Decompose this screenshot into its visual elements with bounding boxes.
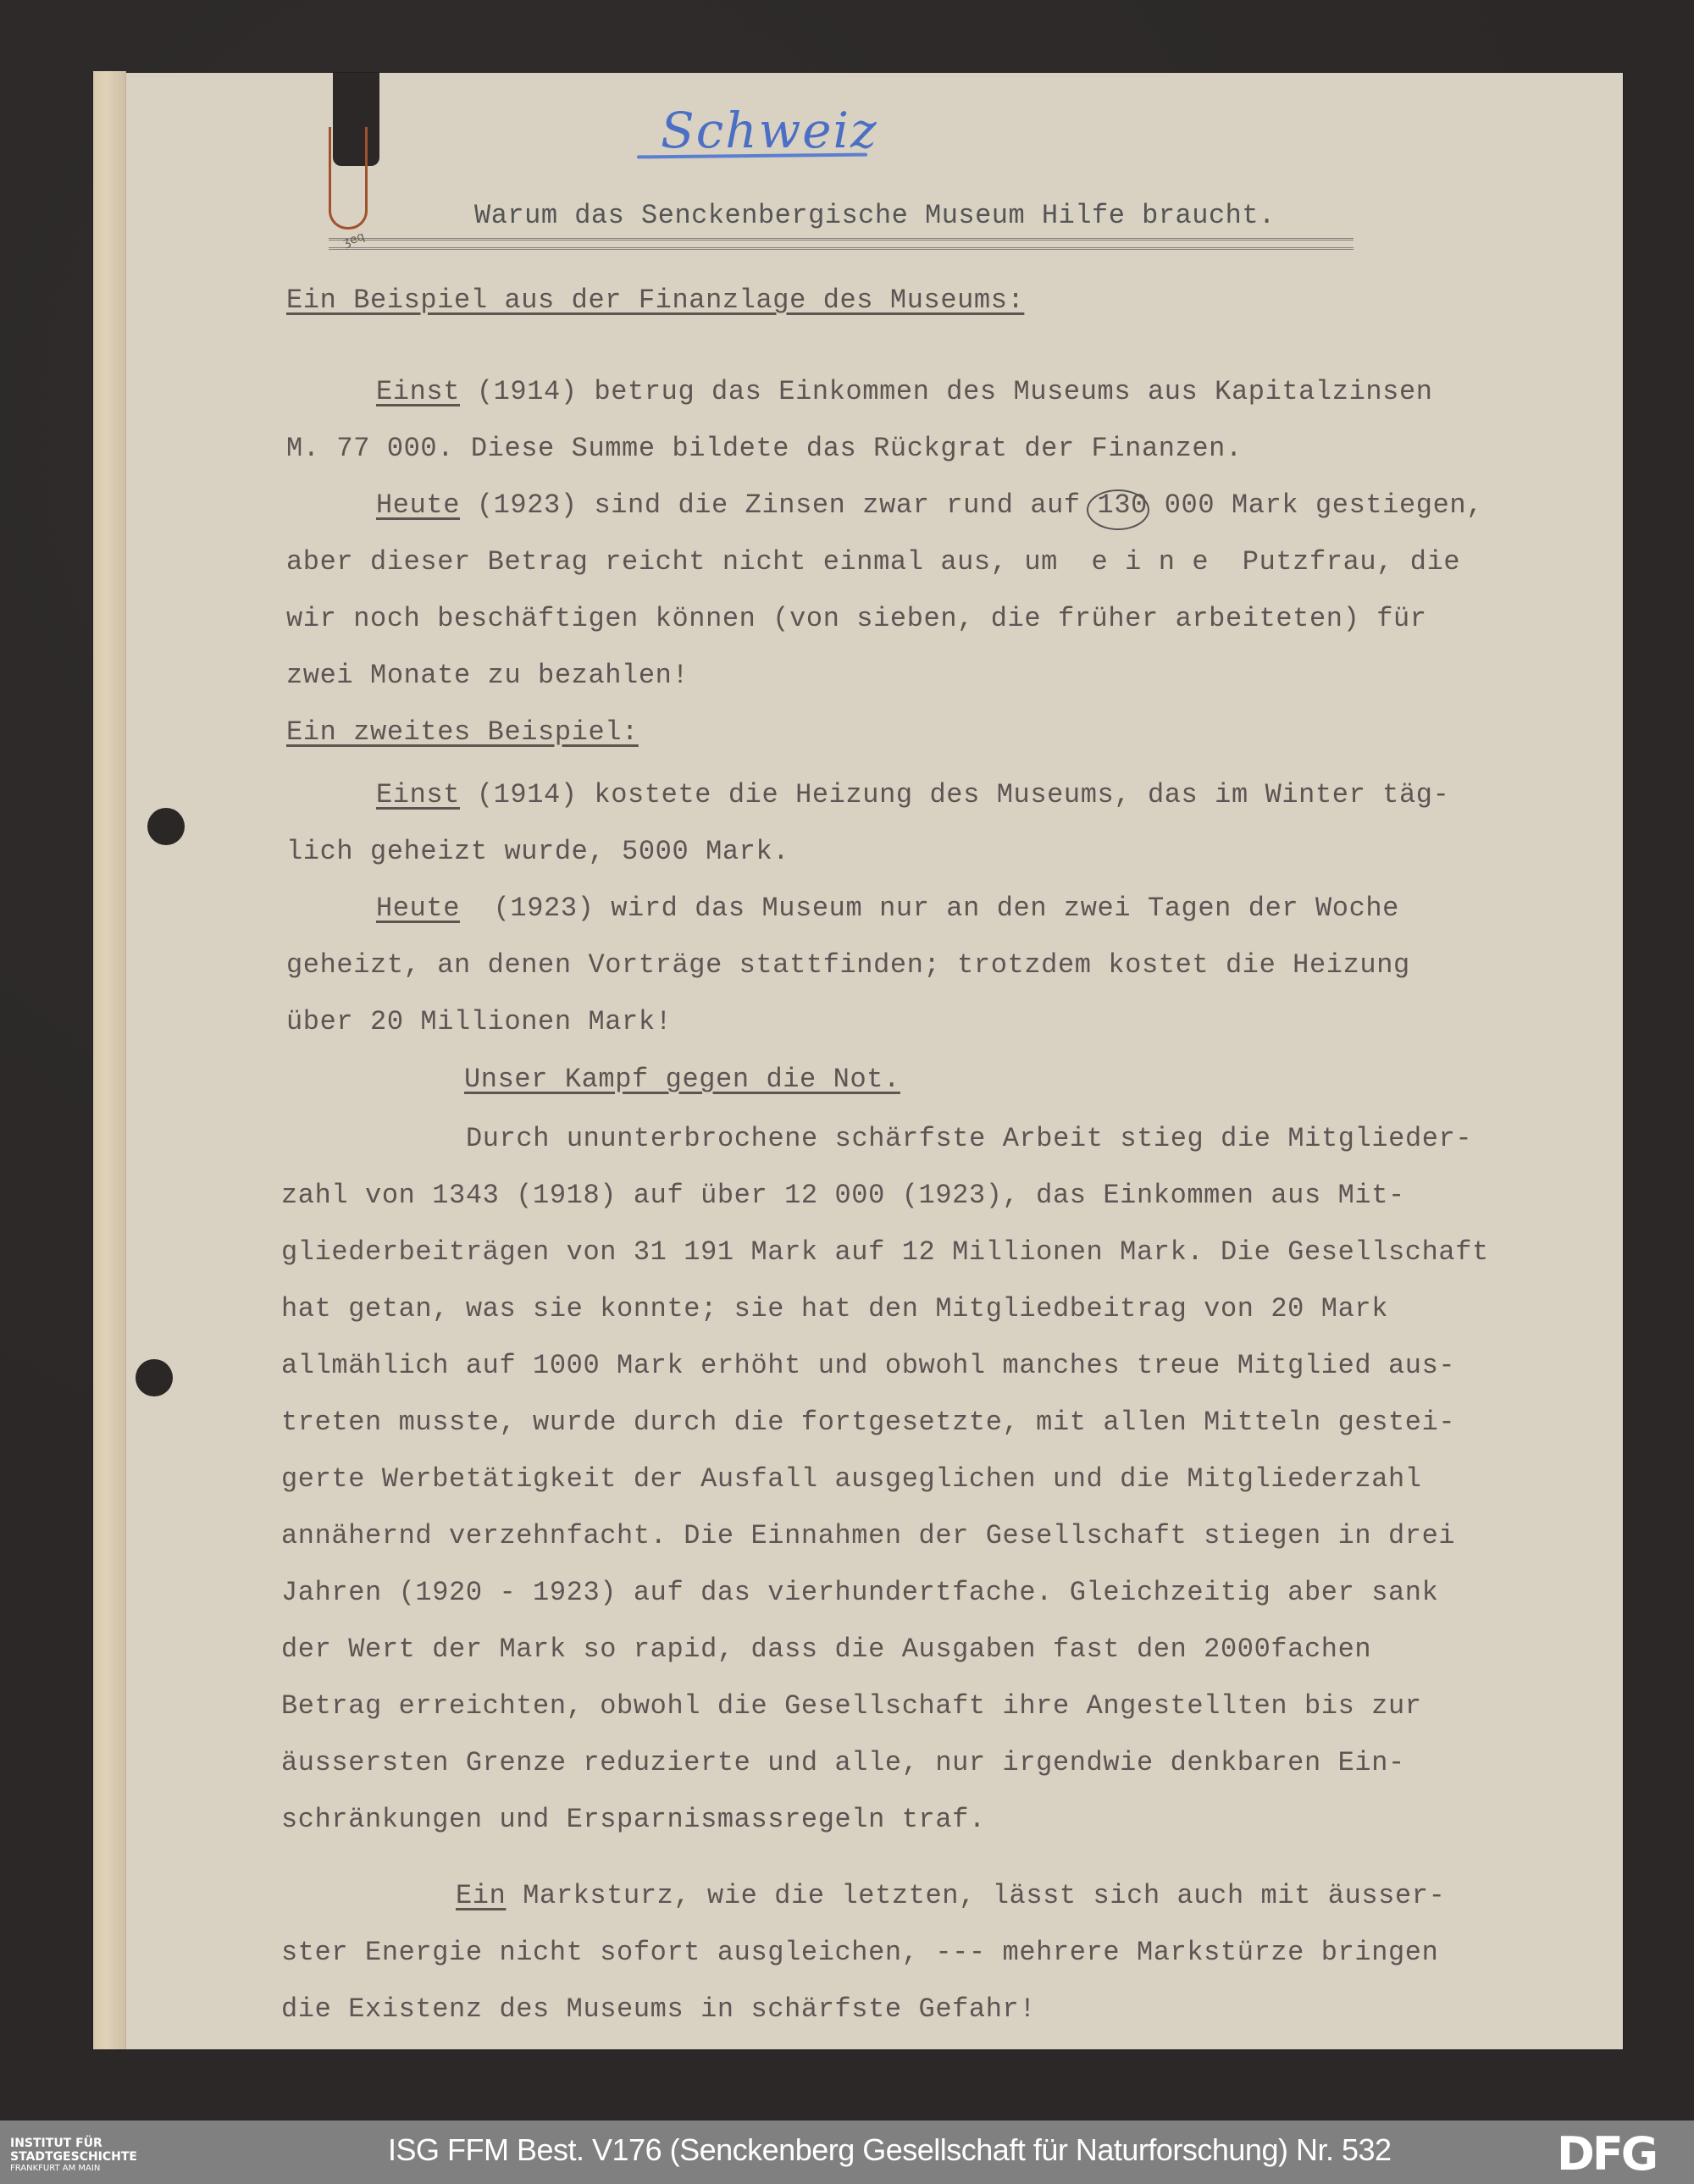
text-line: schränkungen und Ersparnismassregeln tra… bbox=[281, 1804, 986, 1835]
institution-logo: INSTITUT FÜR STADTGESCHICHTE FRANKFURT A… bbox=[10, 2137, 137, 2173]
text-line: hat getan, was sie konnte; sie hat den M… bbox=[281, 1293, 1388, 1324]
text-line: Ein Marksturz, wie die letzten, lässt si… bbox=[456, 1880, 1445, 1911]
text-line: allmählich auf 1000 Mark erhöht und obwo… bbox=[281, 1350, 1455, 1381]
punch-hole-upper bbox=[147, 808, 185, 845]
text-line: treten musste, wurde durch die fortgeset… bbox=[281, 1407, 1455, 1438]
paper-folded-edge bbox=[93, 71, 126, 2049]
section-heading: Ein zweites Beispiel: bbox=[286, 716, 639, 748]
text-line: Durch ununterbrochene schärfste Arbeit s… bbox=[466, 1123, 1472, 1154]
text-line: Einst (1914) betrug das Einkommen des Mu… bbox=[376, 376, 1433, 407]
text-line: gerte Werbetätigkeit der Ausfall ausgegl… bbox=[281, 1463, 1422, 1495]
handwritten-note: Schweiz bbox=[661, 102, 878, 159]
text-line: Einst (1914) kostete die Heizung des Mus… bbox=[376, 779, 1449, 810]
text-line: die Existenz des Museums in schärfste Ge… bbox=[281, 1993, 1036, 2025]
text-line: der Wert der Mark so rapid, dass die Aus… bbox=[281, 1634, 1371, 1665]
document-title: Warum das Senckenbergische Museum Hilfe … bbox=[474, 200, 1276, 231]
text-line: äussersten Grenze reduzierte und alle, n… bbox=[281, 1747, 1405, 1778]
dfg-logo: DFG bbox=[1557, 2127, 1656, 2181]
text-line: Betrag erreichten, obwohl die Gesellscha… bbox=[281, 1690, 1422, 1722]
text-line: Heute (1923) wird das Museum nur an den … bbox=[376, 893, 1399, 924]
institution-name-line1: INSTITUT FÜR bbox=[10, 2137, 137, 2149]
institution-city: FRANKFURT AM MAIN bbox=[10, 2165, 137, 2173]
text-line: annähernd verzehnfacht. Die Einnahmen de… bbox=[281, 1520, 1455, 1551]
text-line: wir noch beschäftigen können (von sieben… bbox=[286, 603, 1427, 634]
text-line: Jahren (1920 - 1923) auf das vierhundert… bbox=[281, 1577, 1438, 1608]
text-line: lich geheizt wurde, 5000 Mark. bbox=[286, 836, 789, 867]
section-heading: Ein Beispiel aus der Finanzlage des Muse… bbox=[286, 285, 1024, 316]
institution-name-line2: STADTGESCHICHTE bbox=[10, 2151, 137, 2163]
paper-clip-rust-mark bbox=[329, 127, 368, 229]
text-line: gliederbeiträgen von 31 191 Mark auf 12 … bbox=[281, 1236, 1489, 1268]
text-line: über 20 Millionen Mark! bbox=[286, 1006, 672, 1037]
text-line: Heute (1923) sind die Zinsen zwar rund a… bbox=[376, 489, 1483, 521]
text-line: zahl von 1343 (1918) auf über 12 000 (19… bbox=[281, 1180, 1405, 1211]
text-line: zwei Monate zu bezahlen! bbox=[286, 660, 689, 691]
text-line: M. 77 000. Diese Summe bildete das Rückg… bbox=[286, 433, 1243, 464]
archive-signature-caption: ISG FFM Best. V176 (Senckenberg Gesellsc… bbox=[388, 2132, 1392, 2168]
punch-hole-lower bbox=[136, 1359, 173, 1396]
section-heading: Unser Kampf gegen die Not. bbox=[464, 1064, 900, 1095]
handwritten-circle-annotation bbox=[1087, 489, 1149, 530]
title-double-rule bbox=[329, 238, 1354, 250]
text-line: ster Energie nicht sofort ausgleichen, -… bbox=[281, 1937, 1438, 1968]
text-line: geheizt, an denen Vorträge stattfinden; … bbox=[286, 949, 1410, 981]
text-line: aber dieser Betrag reicht nicht einmal a… bbox=[286, 546, 1460, 578]
